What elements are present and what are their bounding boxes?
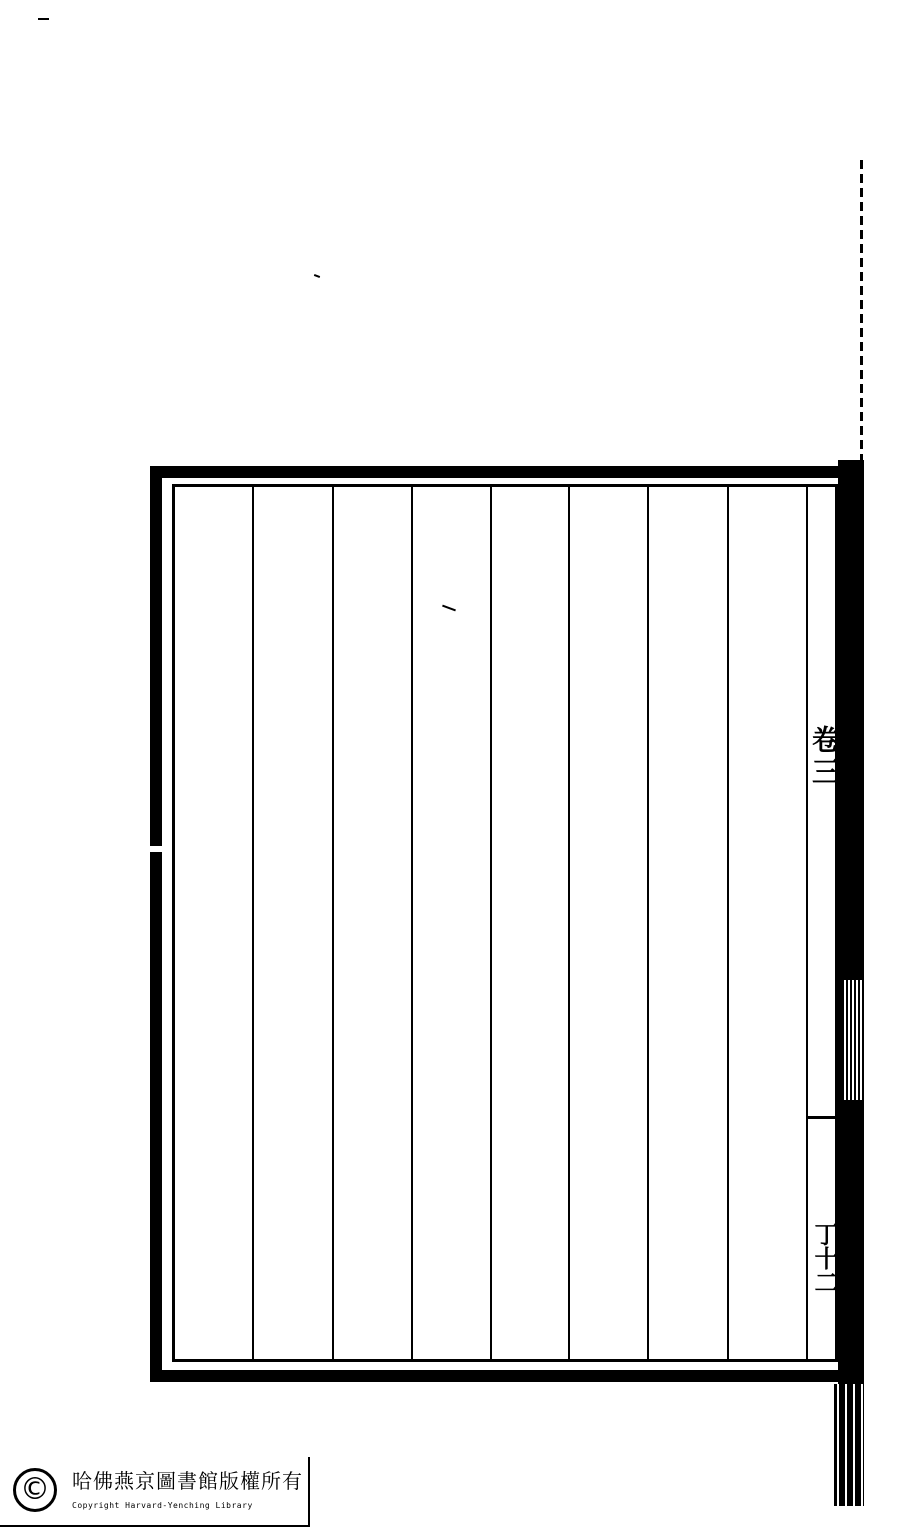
column-rule (332, 487, 334, 1359)
column-rule (411, 487, 413, 1359)
copyright-english-text: Copyright Harvard-Yenching Library (72, 1501, 253, 1510)
scan-speck (38, 18, 49, 20)
page-edge (860, 160, 863, 460)
copyright-stamp: © 哈佛燕京圖書館版權所有 Copyright Harvard-Yenching… (0, 1457, 310, 1527)
volume-title: 卷三 (810, 725, 838, 789)
column-rule (727, 487, 729, 1359)
center-fold-divider (806, 1116, 840, 1119)
column-rule (252, 487, 254, 1359)
scan-speck (314, 274, 320, 278)
page-edge (834, 1384, 864, 1506)
column-rule (568, 487, 570, 1359)
copyright-chinese-text: 哈佛燕京圖書館版權所有 (72, 1465, 303, 1494)
inner-border-frame (172, 484, 838, 1362)
border-gap (150, 846, 174, 852)
column-rule (490, 487, 492, 1359)
column-rule (647, 487, 649, 1359)
copyright-icon: © (13, 1468, 57, 1512)
folio-number: 丁十二 (810, 1222, 838, 1294)
